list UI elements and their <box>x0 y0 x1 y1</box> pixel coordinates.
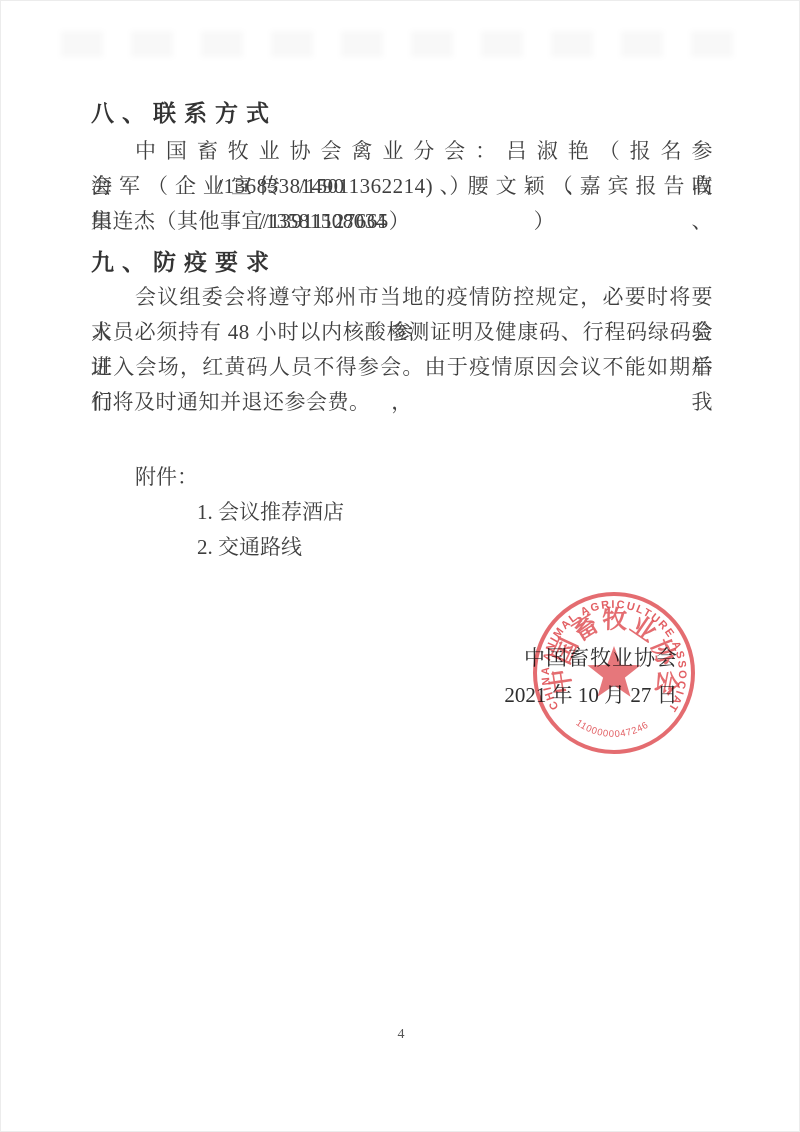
scan-bleedthrough-artifact <box>61 31 761 57</box>
paragraph-line: 海军（企业宣传 /15011362214)、腰文颖（嘉宾报告收集/1358150… <box>91 169 713 204</box>
section-heading-epidemic: 九、防疫要求 <box>91 244 277 277</box>
signature-date: 2021 年 10 月 27 日 <box>456 679 726 709</box>
section-heading-contact: 八、联系方式 <box>91 95 277 128</box>
attachment-item: 2. 交通路线 <box>197 530 344 565</box>
paragraph-line: 会议组委会将遵守郑州市当地的疫情防控规定，必要时将要求参会 <box>91 280 713 315</box>
contact-paragraph: 中国畜牧业协会禽业分会：吕淑艳（报名参会/13683381490）、高 海军（企… <box>91 134 713 239</box>
epidemic-paragraph: 会议组委会将遵守郑州市当地的疫情防控规定，必要时将要求参会 人员必须持有 48 … <box>91 280 713 420</box>
page-number: 4 <box>1 1027 800 1043</box>
paragraph-line: 中国畜牧业协会禽业分会：吕淑艳（报名参会/13683381490）、高 <box>91 134 713 169</box>
signature-organization: 中国畜牧业协会 <box>471 642 731 672</box>
seal-ring <box>535 594 693 752</box>
attachments-label: 附件： <box>135 460 344 495</box>
official-seal: CHINA ANIMAL AGRICULTURE ASSOCIATION 中国畜… <box>529 588 699 758</box>
attachments-block: 附件： 1. 会议推荐酒店 2. 交通路线 <box>135 460 344 565</box>
paragraph-line: 进入会场，红黄码人员不得参会。由于疫情原因会议不能如期举行，我 <box>91 350 713 385</box>
attachment-item: 1. 会议推荐酒店 <box>197 495 344 530</box>
document-page: 八、联系方式 中国畜牧业协会禽业分会：吕淑艳（报名参会/13683381490）… <box>0 0 800 1132</box>
seal-serial-number: 1100000047246 <box>574 718 651 741</box>
paragraph-line: 人员必须持有 48 小时以内核酸检测证明及健康码、行程码绿码验证后 <box>91 315 713 350</box>
